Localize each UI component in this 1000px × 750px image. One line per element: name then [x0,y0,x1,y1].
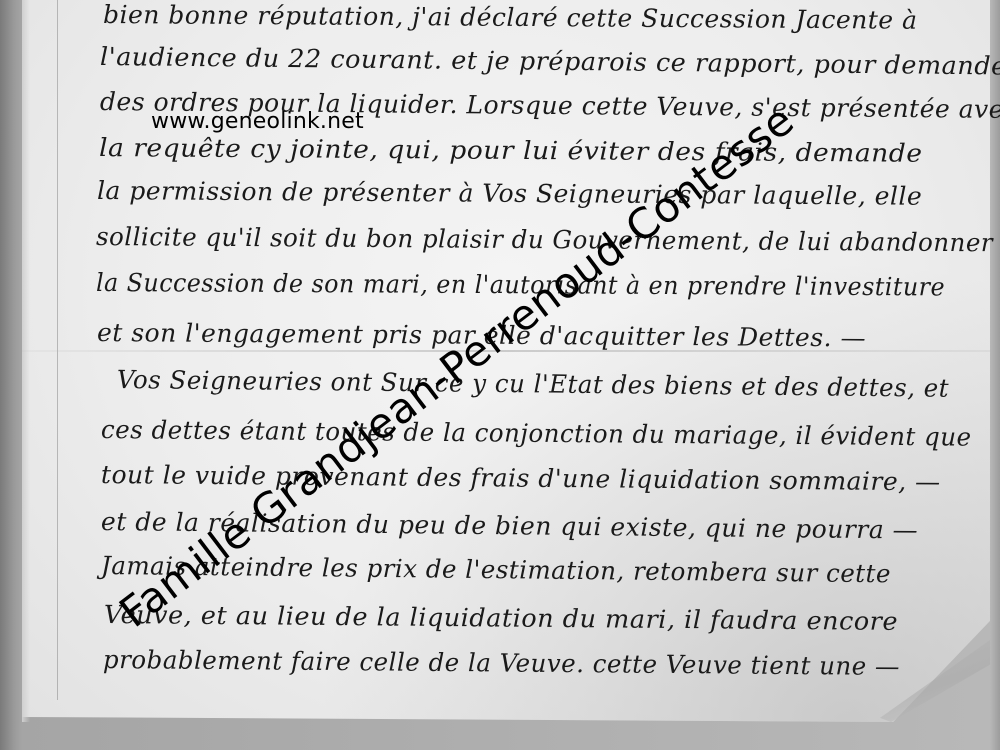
handwritten-line: sollicite qu'il soit du bon plaisir du G… [96,222,993,257]
handwritten-line: tout le vuide provenant des frais d'une … [101,460,941,496]
handwritten-line: la permission de présenter à Vos Seigneu… [97,176,922,211]
handwritten-line: ces dettes étant toutes de la conjonctio… [101,415,972,452]
handwritten-text-block: bien bonne réputation, j'ai déclaré cett… [0,0,1000,750]
handwritten-line: l'audience du 22 courant. et je préparoi… [100,42,1000,81]
handwritten-line: Vos Seigneuries ont Sur ce y cu l'Etat d… [117,365,949,403]
handwritten-line: la requête cy jointe, qui, pour lui évit… [99,133,923,168]
website-watermark: www.geneolink.net [151,109,364,134]
handwritten-line: probablement faire celle de la Veuve. ce… [103,645,900,681]
handwritten-line: Veuve, et au lieu de la liquidation du m… [104,600,898,636]
handwritten-line: bien bonne réputation, j'ai déclaré cett… [103,0,918,35]
